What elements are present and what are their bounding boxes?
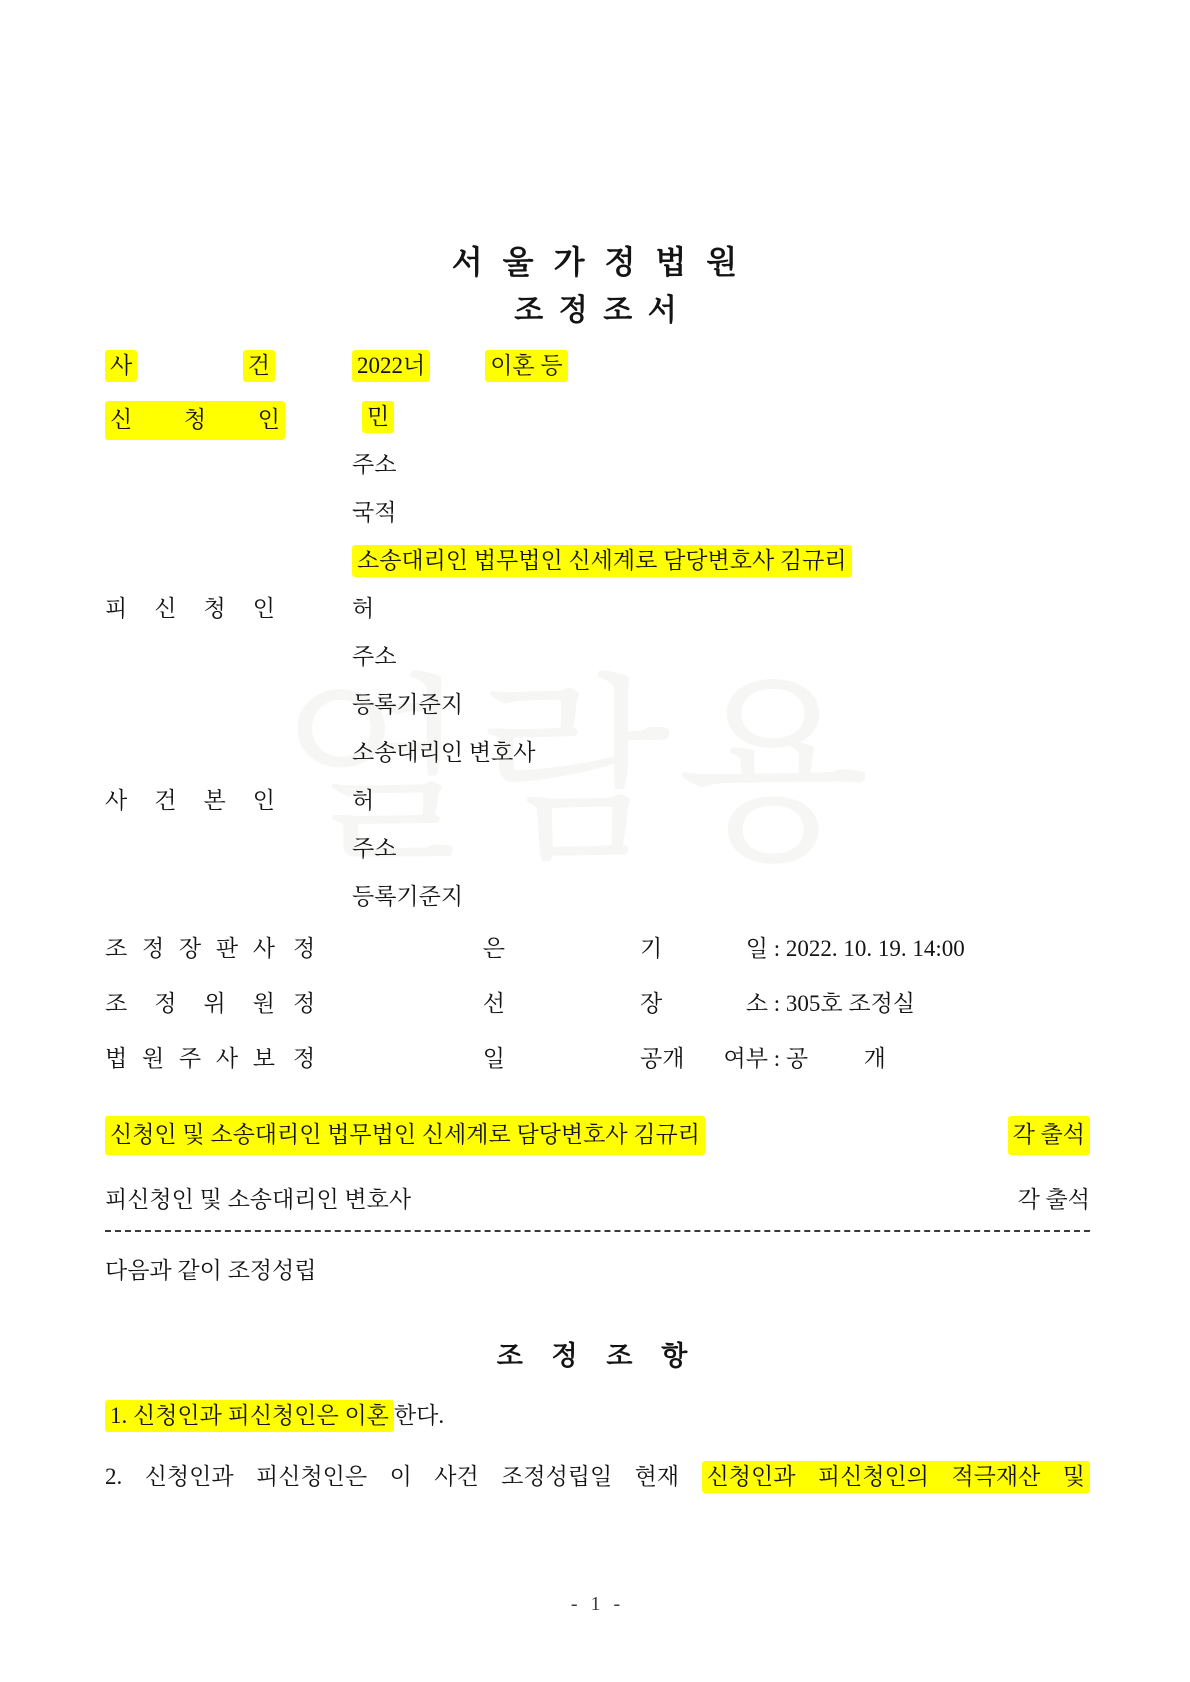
applicant-address-label: 주소: [105, 449, 1190, 481]
commissioner-row: 조 정 위 원정 선 장 소 : 305호 조정실: [105, 988, 1090, 1020]
principal-label: 사 건 본 인: [105, 785, 275, 817]
respondent-label: 피 신 청 인: [105, 593, 275, 625]
principal-address-label: 주소: [105, 833, 1190, 865]
respondent-address-label: 주소: [105, 641, 1190, 673]
term-item-2-plain: 2. 신청인과 피신청인은 이 사건 조정성립일 현재: [105, 1464, 702, 1489]
case-label-char2: 건: [243, 350, 275, 382]
colon: :: [774, 991, 780, 1016]
mediation-result-line: 다음과 같이 조정성립: [105, 1255, 1090, 1287]
session-public-label: 공개 여부: [640, 1043, 768, 1075]
respondent-attendance-text: 피신청인 및 소송대리인 변호사: [105, 1184, 411, 1216]
case-name: 이혼 등: [485, 350, 567, 382]
commissioner-role: 조 정 위 원: [105, 988, 275, 1020]
applicant-nationality-label: 국적: [105, 497, 1190, 529]
applicant-attorney-line: 소송대리인 법무법인 신세계로 담당변호사 김규리: [105, 545, 1190, 577]
presiding-judge-row: 조 정 장 판 사정 은 기 일 : 2022. 10. 19. 14:00: [105, 933, 1090, 965]
session-public-value: 공 개: [786, 1043, 886, 1075]
respondent-attendance-status: 각 출석: [1018, 1184, 1090, 1216]
case-label: 사 건: [105, 350, 275, 382]
presiding-judge-role: 조 정 장 판 사: [105, 933, 275, 965]
term-item-2-highlight: 신청인과 피신청인의 적극재산 및: [702, 1461, 1090, 1493]
applicant-name: 민: [362, 401, 394, 433]
case-number: 2022너: [352, 350, 430, 382]
colon: :: [774, 1046, 780, 1071]
respondent-attorney: 소송대리인 변호사: [105, 737, 1190, 769]
applicant-attendance-row: 신청인 및 소송대리인 법무법인 신세계로 담당변호사 김규리각 출석: [105, 1116, 1090, 1155]
principal-name: 허: [352, 788, 374, 813]
session-place-label: 장 소: [640, 988, 768, 1020]
term-item-1-rest: 한다.: [394, 1403, 444, 1428]
applicant-label: 신 청 인: [105, 401, 285, 440]
dashed-divider: [105, 1230, 1090, 1232]
applicant-row: 신 청 인민: [105, 401, 1090, 440]
court-document-page: 열람용 서 울 가 정 법 원 조 정 조 서 사 건2022너이혼 등 신 청…: [0, 0, 1190, 1682]
court-clerk-role: 법 원 주 사 보: [105, 1043, 275, 1075]
applicant-attorney: 소송대리인 법무법인 신세계로 담당변호사 김규리: [352, 545, 852, 577]
session-place-row: 장 소 : 305호 조정실: [640, 988, 915, 1020]
case-row: 사 건2022너이혼 등: [105, 350, 1090, 382]
respondent-registration-label: 등록기준지: [105, 689, 1190, 721]
court-name-title: 서 울 가 정 법 원: [105, 243, 1090, 281]
term-item-2: 2. 신청인과 피신청인은 이 사건 조정성립일 현재 신청인과 피신청인의 적…: [105, 1461, 1090, 1493]
term-item-1: 1. 신청인과 피신청인은 이혼한다.: [105, 1400, 1090, 1432]
respondent-row: 피 신 청 인허: [105, 593, 1090, 625]
principal-registration-label: 등록기준지: [105, 881, 1190, 913]
session-date-row: 기 일 : 2022. 10. 19. 14:00: [640, 933, 965, 965]
respondent-attendance-row: 피신청인 및 소송대리인 변호사각 출석: [105, 1184, 1090, 1216]
court-clerk-name: 정 일: [293, 1043, 505, 1075]
terms-heading: 조 정 조 항: [105, 1340, 1090, 1372]
document-type-title: 조 정 조 서: [105, 293, 1090, 329]
session-place-value: 305호 조정실: [786, 991, 915, 1016]
session-date-label: 기 일: [640, 933, 768, 965]
colon: :: [774, 936, 780, 961]
principal-row: 사 건 본 인허: [105, 785, 1090, 817]
page-number: - 1 -: [105, 1588, 1090, 1620]
presiding-judge-name: 정 은: [293, 933, 505, 965]
case-label-char1: 사: [105, 350, 137, 382]
session-date-value: 2022. 10. 19. 14:00: [786, 936, 965, 961]
applicant-attendance-status: 각 출석: [1008, 1116, 1090, 1155]
term-item-1-highlight: 1. 신청인과 피신청인은 이혼: [105, 1400, 394, 1432]
applicant-attendance-text: 신청인 및 소송대리인 법무법인 신세계로 담당변호사 김규리: [105, 1116, 705, 1155]
session-public-row: 공개 여부 : 공 개: [640, 1043, 886, 1075]
court-clerk-row: 법 원 주 사 보정 일 공개 여부 : 공 개: [105, 1043, 1090, 1075]
respondent-name: 허: [352, 596, 374, 621]
commissioner-name: 정 선: [293, 988, 505, 1020]
